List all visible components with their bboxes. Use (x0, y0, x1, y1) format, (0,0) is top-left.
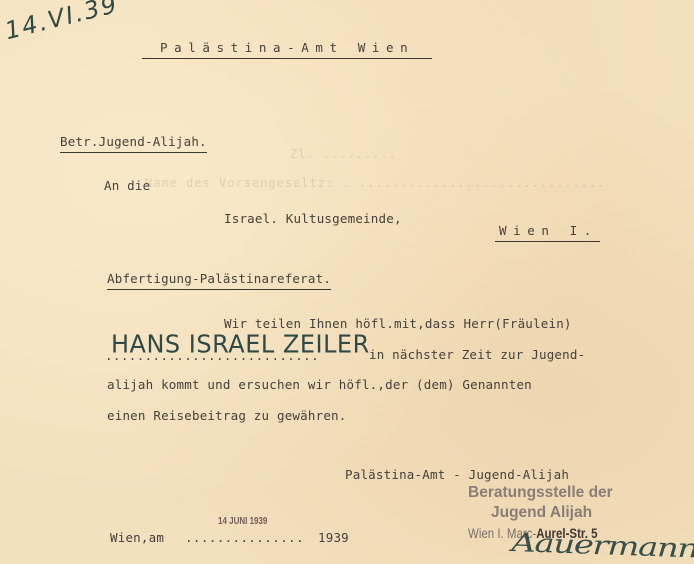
body-line-3: alijah kommt und ersuchen wir höfl.,der … (107, 377, 532, 392)
handwritten-date: 14.VI.39 (2, 0, 121, 45)
letterhead-title: Palästina-Amt Wien (142, 40, 432, 59)
closing-sender: Palästina-Amt - Jugend-Alijah (345, 467, 569, 482)
stamp-line-2: Jugend Alijah (491, 504, 592, 522)
body-line-4: einen Reisebeitrag zu gewähren. (107, 408, 347, 423)
ghost-text: Name des Vorsengeseltz: . ..............… (145, 176, 606, 190)
subject-line: Betr.Jugend-Alijah. (60, 134, 207, 153)
body-line-2: in nächster Zeit zur Jugend- (369, 347, 585, 362)
addressee-organization: Israel. Kultusgemeinde, (224, 211, 402, 226)
signature: Aauermann (511, 528, 694, 564)
place-date-dots: ............... (185, 530, 304, 545)
addressee-city: Wien I. (495, 223, 600, 242)
handwritten-name: HANS ISRAEL ZEILER (111, 329, 370, 358)
addressee-prefix: An die (104, 178, 150, 193)
place-date-label: Wien,am (110, 530, 164, 545)
place-date-year: 1939 (318, 530, 349, 545)
ghost-text: Zl. ......... (290, 147, 397, 161)
scanned-letter-page: 14.VI.39 Palästina-Amt Wien Betr.Jugend-… (0, 0, 694, 564)
department-line: Abfertigung-Palästinareferat. (107, 271, 331, 290)
stamp-line-1: Beratungsstelle der (468, 484, 613, 502)
received-date-stamp: 14 JUNI 1939 (218, 516, 267, 527)
